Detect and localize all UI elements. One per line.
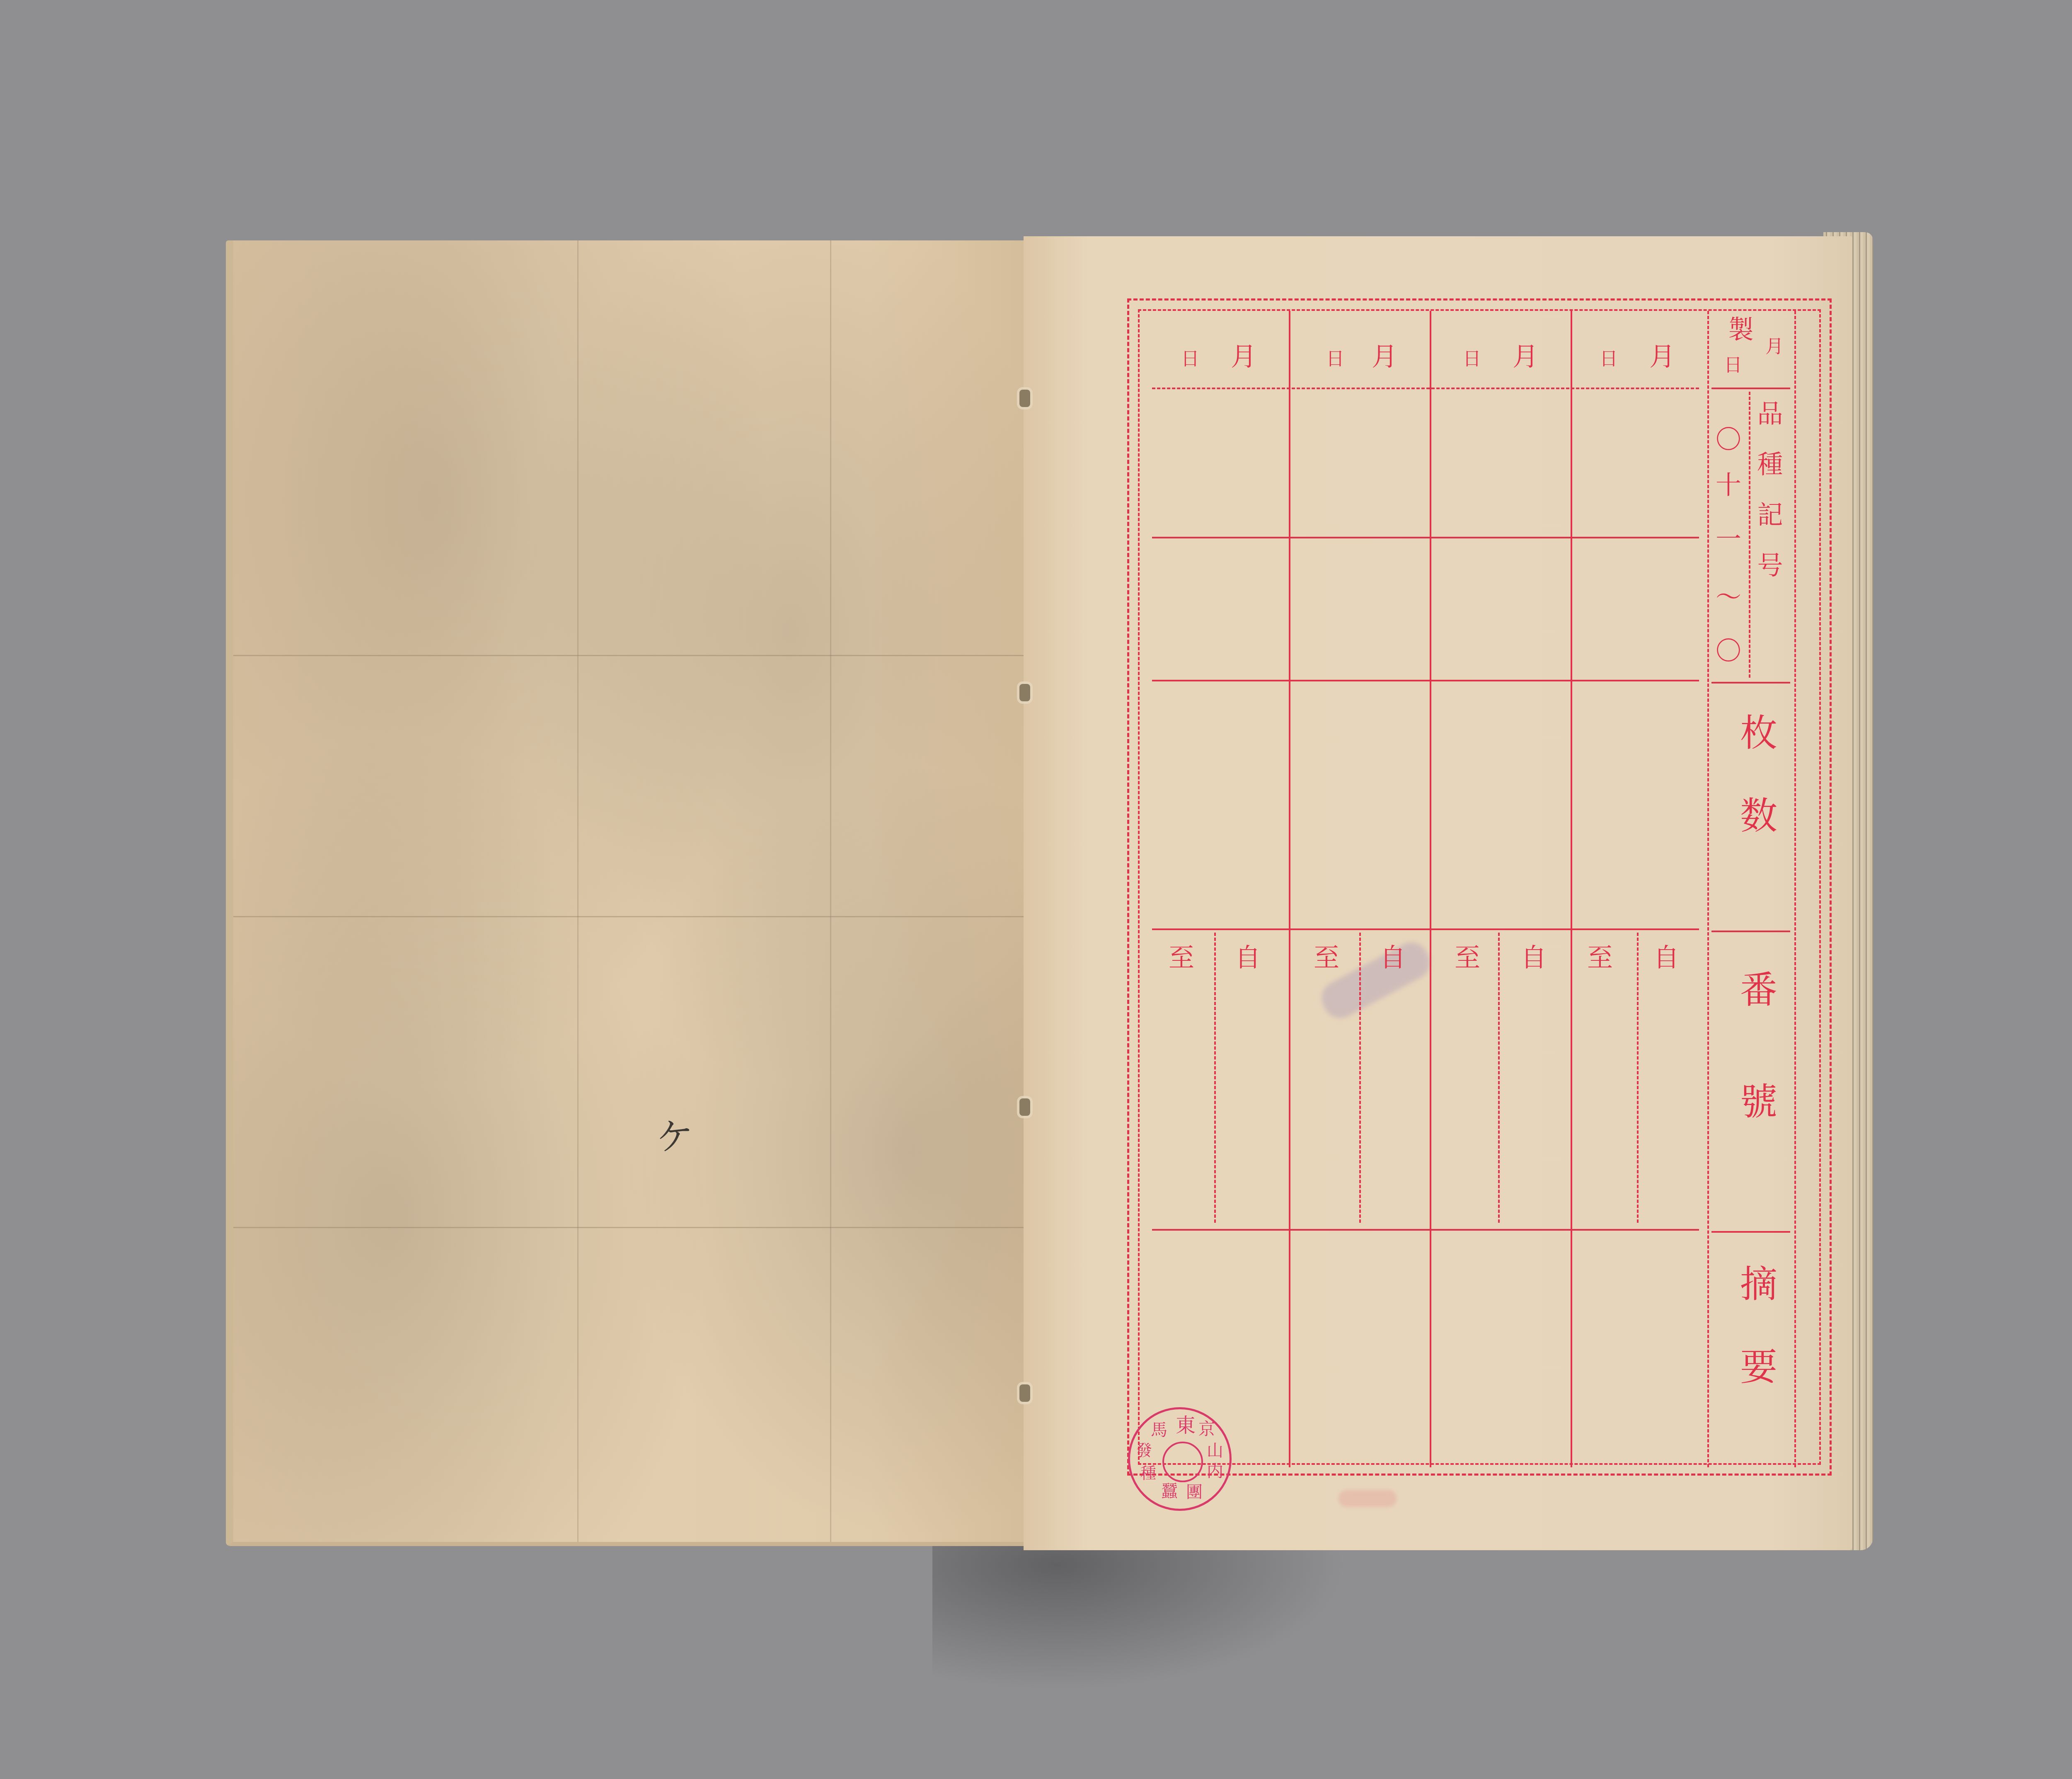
month-label: 月 xyxy=(1231,344,1256,370)
to-label: 至 xyxy=(1314,945,1339,971)
stamp-char: 馬 xyxy=(1151,1422,1167,1438)
variety-mark: 一 xyxy=(1716,526,1741,552)
binding-thread xyxy=(1019,1098,1030,1116)
book-shadow xyxy=(932,1534,1347,1691)
row-divider xyxy=(1711,388,1790,389)
row-divider xyxy=(1152,388,1699,389)
manufacture-month: 月 xyxy=(1765,338,1784,356)
binding-thread xyxy=(1019,1384,1030,1402)
variety-mark: 十 xyxy=(1716,473,1741,498)
day-label: 日 xyxy=(1600,350,1618,368)
fold-crease xyxy=(233,1227,1028,1228)
subcolumn-divider xyxy=(1637,933,1639,1223)
fold-crease xyxy=(233,916,1028,917)
row-divider xyxy=(1711,1231,1790,1233)
stamp-center-ring xyxy=(1162,1442,1203,1482)
seal-stamp: 東 京 山 内 團 蠶 種 發 馬 xyxy=(1128,1407,1232,1511)
stamp-char: 東 xyxy=(1176,1415,1196,1435)
left-page: ケ xyxy=(226,240,1028,1546)
number-label: 番號 xyxy=(1736,970,1774,1194)
day-label: 日 xyxy=(1463,350,1481,368)
column-divider xyxy=(1289,311,1290,1467)
fold-crease xyxy=(233,655,1028,656)
header-column-divider xyxy=(1707,311,1709,1467)
from-label: 自 xyxy=(1380,945,1406,971)
faint-red-mark xyxy=(1339,1490,1397,1507)
row-divider xyxy=(1711,682,1790,683)
variety-mark: 〇 xyxy=(1716,638,1741,664)
stamp-char: 團 xyxy=(1186,1484,1203,1500)
row-divider xyxy=(1152,928,1699,930)
sheet-count-label: 枚数 xyxy=(1736,713,1774,879)
variety-mark: 〜 xyxy=(1716,584,1741,610)
month-label: 月 xyxy=(1513,344,1538,370)
binding-thread xyxy=(1019,390,1030,407)
to-label: 至 xyxy=(1169,945,1194,971)
stamp-char: 山 xyxy=(1207,1442,1223,1459)
stamp-char: 京 xyxy=(1198,1421,1215,1437)
remarks-label: 摘要 xyxy=(1736,1264,1774,1430)
stamp-char: 蠶 xyxy=(1161,1483,1178,1500)
variety-symbol-label: 品種記号 xyxy=(1755,400,1781,602)
stamp-char: 發 xyxy=(1136,1442,1152,1458)
day-label: 日 xyxy=(1326,350,1344,368)
month-label: 月 xyxy=(1372,344,1397,370)
row-divider xyxy=(1152,537,1699,538)
row-divider xyxy=(1152,1229,1699,1231)
stamp-char: 内 xyxy=(1207,1463,1223,1480)
month-label: 月 xyxy=(1649,344,1675,370)
pencil-mark: ケ xyxy=(656,1107,693,1161)
subcolumn-divider xyxy=(1359,933,1361,1223)
ledger-form: 月 日 月 日 月 日 月 日 至 自 至 自 至 自 至 自 製 月 日 品種… xyxy=(1127,298,1832,1476)
subcolumn-divider xyxy=(1498,933,1500,1223)
manufacture-label: 製 xyxy=(1728,317,1754,343)
from-label: 自 xyxy=(1235,945,1261,971)
from-label: 自 xyxy=(1521,945,1547,971)
column-divider xyxy=(1430,311,1431,1467)
fold-crease xyxy=(830,240,831,1542)
subcolumn-divider xyxy=(1749,392,1750,678)
row-divider xyxy=(1152,680,1699,681)
stamp-char: 種 xyxy=(1140,1465,1156,1481)
header-column-divider xyxy=(1794,311,1796,1467)
subcolumn-divider xyxy=(1214,933,1216,1223)
from-label: 自 xyxy=(1653,945,1679,971)
day-label: 日 xyxy=(1181,350,1199,368)
to-label: 至 xyxy=(1587,945,1613,971)
manufacture-day: 日 xyxy=(1724,356,1742,375)
column-divider xyxy=(1571,311,1572,1467)
variety-mark: 〇 xyxy=(1716,427,1741,453)
to-label: 至 xyxy=(1455,945,1480,971)
fold-crease xyxy=(577,240,579,1542)
binding-thread xyxy=(1019,684,1030,701)
row-divider xyxy=(1711,931,1790,932)
